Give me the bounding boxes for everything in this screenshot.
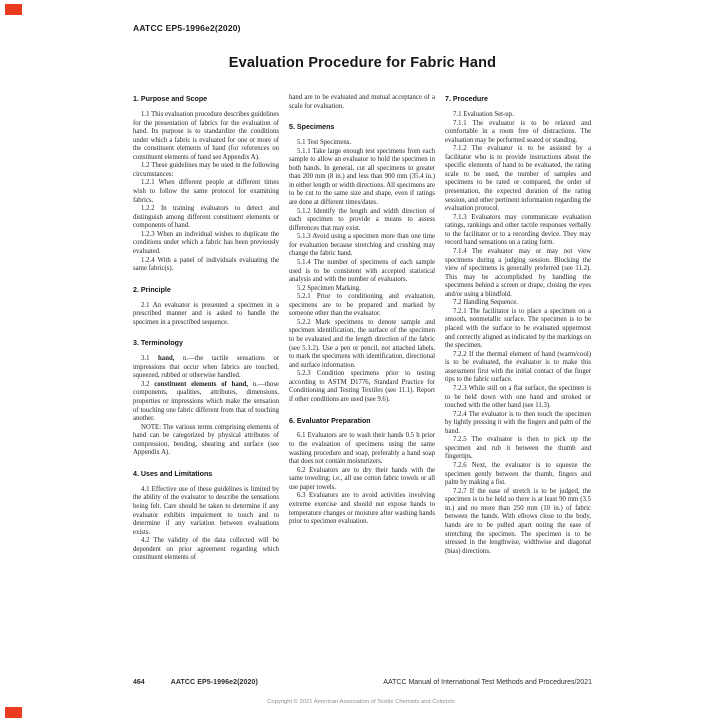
body-paragraph: 1.2.4 With a panel of individuals evalua… xyxy=(133,257,279,274)
body-columns: 1. Purpose and Scope1.1 This evaluation … xyxy=(133,94,592,672)
section-heading: 6. Evaluator Preparation xyxy=(289,417,435,426)
body-paragraph: 7.2.4 The evaluator is to then touch the… xyxy=(445,411,591,437)
body-paragraph: 7.2.6 Next, the evaluator is to squeeze … xyxy=(445,462,591,488)
body-paragraph: 1.2.2 In training evaluators to detect a… xyxy=(133,205,279,231)
footer-page-number: 464 xyxy=(133,679,145,686)
copyright-line: Copyright © 2021 American Association of… xyxy=(0,699,722,705)
body-paragraph: 1.1 This evaluation procedure describes … xyxy=(133,111,279,162)
body-paragraph: NOTE: The various terms comprising eleme… xyxy=(133,424,279,458)
body-paragraph: 1.2.3 When an individual wishes to dupli… xyxy=(133,231,279,257)
section-heading: 3. Terminology xyxy=(133,339,279,348)
text-column-2: hand are to be evaluated and mutual acce… xyxy=(289,94,435,672)
body-paragraph: 5.1.1 Take large enough test specimens f… xyxy=(289,148,435,208)
text-column-1: 1. Purpose and Scope1.1 This evaluation … xyxy=(133,94,279,672)
body-paragraph: 7.2.5 The evaluator is then to pick up t… xyxy=(445,436,591,462)
body-paragraph: 7.1.2 The evaluator is to be assisted by… xyxy=(445,145,591,214)
page-footer: 464 AATCC EP5-1996e2(2020) AATCC Manual … xyxy=(133,679,592,686)
body-paragraph: 7.2 Handling Sequence. xyxy=(445,299,591,308)
corner-mark-top-left xyxy=(5,4,22,15)
section-heading: 1. Purpose and Scope xyxy=(133,95,279,104)
page-title: Evaluation Procedure for Fabric Hand xyxy=(133,55,592,71)
body-paragraph: 7.2.1 The facilitator is to place a spec… xyxy=(445,308,591,351)
body-paragraph: 6.1 Evaluators are to wash their hands 0… xyxy=(289,432,435,466)
section-heading: 4. Uses and Limitations xyxy=(133,470,279,479)
body-paragraph: 3.2 constituent elements of hand, n.—tho… xyxy=(133,381,279,424)
body-paragraph: 6.2 Evaluators are to dry their hands wi… xyxy=(289,467,435,493)
body-paragraph: 4.2 The validity of the data collected w… xyxy=(133,537,279,563)
body-paragraph: 1.2.1 When different people at different… xyxy=(133,179,279,205)
body-paragraph: 5.2.2 Mark specimens to denote sample an… xyxy=(289,319,435,370)
body-paragraph: 5.1.2 Identify the length and width dire… xyxy=(289,208,435,234)
document-page: AATCC EP5-1996e2(2020) Evaluation Proced… xyxy=(0,0,722,722)
body-paragraph: 5.2.3 Condition specimens prior to testi… xyxy=(289,370,435,404)
body-paragraph: 7.1.1 The evaluator is to be relaxed and… xyxy=(445,120,591,146)
body-paragraph: 3.1 hand, n.—the tactile sensations or i… xyxy=(133,355,279,381)
body-paragraph: 7.2.3 While still on a flat surface, the… xyxy=(445,385,591,411)
section-heading: 7. Procedure xyxy=(445,95,591,104)
body-paragraph: 6.3 Evaluators are to avoid activities i… xyxy=(289,492,435,526)
body-paragraph: 1.2 These guidelines may be used in the … xyxy=(133,162,279,179)
body-paragraph: 7.1.3 Evaluators may communicate evaluat… xyxy=(445,214,591,248)
footer-doc-number: AATCC EP5-1996e2(2020) xyxy=(171,679,258,686)
body-paragraph: 7.2.7 If the ease of stretch is to be ju… xyxy=(445,488,591,557)
body-paragraph: 7.1 Evaluation Set-up. xyxy=(445,111,591,120)
body-paragraph: 5.1 Test Specimens. xyxy=(289,139,435,148)
text-column-3: 7. Procedure7.1 Evaluation Set-up.7.1.1 … xyxy=(445,94,591,672)
body-paragraph: 7.1.4 The evaluator may or may not view … xyxy=(445,248,591,299)
footer-manual-title: AATCC Manual of International Test Metho… xyxy=(383,679,592,686)
doc-number-header: AATCC EP5-1996e2(2020) xyxy=(133,23,241,33)
corner-mark-bottom-left xyxy=(5,707,22,718)
body-paragraph: 5.1.4 The number of specimens of each sa… xyxy=(289,259,435,285)
section-heading: 5. Specimens xyxy=(289,123,435,132)
body-paragraph: 5.2 Specimen Marking. xyxy=(289,285,435,294)
body-paragraph: hand are to be evaluated and mutual acce… xyxy=(289,94,435,111)
body-paragraph: 7.2.2 If the thermal element of hand (wa… xyxy=(445,351,591,385)
body-paragraph: 5.2.1 Prior to conditioning and evaluati… xyxy=(289,293,435,319)
body-paragraph: 4.1 Effective use of these guidelines is… xyxy=(133,486,279,537)
section-heading: 2. Principle xyxy=(133,286,279,295)
body-paragraph: 5.1.3 Avoid using a specimen more than o… xyxy=(289,233,435,259)
body-paragraph: 2.1 An evaluator is presented a specimen… xyxy=(133,302,279,328)
